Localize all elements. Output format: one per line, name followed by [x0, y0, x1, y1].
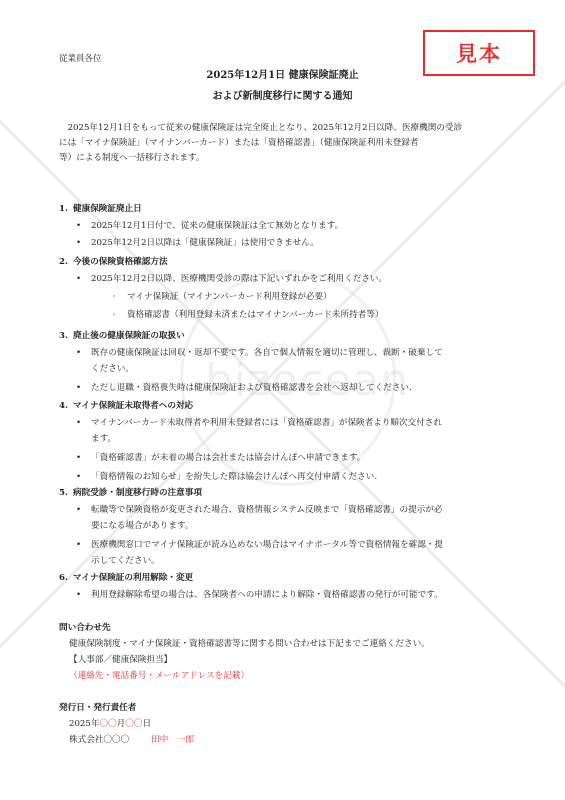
- section-2: 2.今後の保険資格確認方法 •2025年12月2日以降、医療機関受診の際は下記い…: [59, 254, 519, 324]
- section-heading: 2.今後の保険資格確認方法: [59, 254, 519, 271]
- section-title: 健康保険証廃止日: [73, 204, 142, 214]
- bullet-icon: •: [76, 345, 81, 361]
- bullet-item: •2025年12月2日以降は「健康保険証」は使用できません。: [59, 235, 519, 251]
- bullet-text-continued: ます。: [91, 434, 116, 444]
- contact-text: 健康保険制度・マイナ保険証・資格確認書等に関する問い合わせは下記までご連絡くださ…: [59, 636, 519, 652]
- issuer-line: 株式会社〇〇〇田中 一郎: [59, 732, 519, 748]
- section-1: 1.健康保険証廃止日 •2025年12月1日付で、従来の健康保険証は全て無効とな…: [59, 201, 519, 252]
- section-3: 3.廃止後の健康保険証の取扱い •既存の健康保険証は回収・返却不要です。各自で個…: [59, 328, 519, 397]
- issue-date-day: 〇〇: [125, 719, 142, 729]
- bullet-icon: •: [76, 537, 81, 553]
- bullet-text-continued: 示してください。: [91, 556, 160, 566]
- section-4: 4.マイナ保険証未取得者への対応 •マイナンバーカード未取得者や利用未登録者には…: [59, 398, 519, 486]
- bullet-icon: •: [76, 218, 81, 234]
- section-heading: 4.マイナ保険証未取得者への対応: [59, 398, 519, 415]
- section-number: 6.: [59, 570, 73, 587]
- bullet-text: 「資格情報のお知らせ」を紛失した際は協会けんぽへ再交付申請ください.: [91, 472, 377, 482]
- section-number: 2.: [59, 254, 73, 271]
- section-title: 今後の保険資格確認方法: [73, 257, 168, 267]
- issue-date-year: 2025年: [69, 719, 99, 729]
- bullet-text: 転職等で保険資格が変更された場合、資格情報システム反映まで「資格確認書」の提示が…: [91, 505, 443, 515]
- company-name: 株式会社〇〇〇: [69, 735, 129, 745]
- section-heading: 1.健康保険証廃止日: [59, 201, 519, 218]
- recipient: 従業員各位: [59, 52, 102, 64]
- bullet-text: 「資格確認書」が未着の場合は会社または協会けんぽへ申請できます。: [91, 453, 365, 463]
- bullet-item: •「資格情報のお知らせ」を紛失した際は協会けんぽへ再交付申請ください.: [59, 469, 519, 485]
- sub-bullet-icon: ◦: [112, 307, 116, 323]
- responsible-person: 田中 一郎: [151, 735, 194, 745]
- sub-bullet-text: マイナ保険証（マイナンバーカード利用登録が必要）: [127, 292, 332, 302]
- intro-paragraph: 2025年12月1日をもって従来の健康保険証は完全廃止となり、2025年12月2…: [59, 121, 509, 166]
- intro-line: には「マイナ保険証」（マイナンバーカード）または「資格確認書」（健康保険証利用未…: [59, 136, 509, 151]
- section-heading: 5.病院受診・制度移行時の注意事項: [59, 485, 519, 502]
- bullet-icon: •: [76, 450, 81, 466]
- section-number: 5.: [59, 485, 73, 502]
- bullet-item: •転職等で保険資格が変更された場合、資格情報システム反映まで「資格確認書」の提示…: [59, 502, 519, 534]
- contact-department: 【人事部／健康保険担当】: [59, 652, 519, 668]
- sub-bullet-item: ◦マイナ保険証（マイナンバーカード利用登録が必要）: [59, 289, 519, 305]
- bullet-item: •「資格確認書」が未着の場合は会社または協会けんぽへ申請できます。: [59, 450, 519, 466]
- section-number: 1.: [59, 201, 73, 218]
- section-6: 6.マイナ保険証の利用解除・変更 •利用登録解除希望の場合は、各保険者への申請に…: [59, 570, 519, 604]
- section-heading: 6.マイナ保険証の利用解除・変更: [59, 570, 519, 587]
- bullet-item: •既存の健康保険証は回収・返却不要です。各自で個人情報を適切に管理し、裁断・破棄…: [59, 345, 519, 377]
- section-title: 病院受診・制度移行時の注意事項: [73, 488, 202, 498]
- bullet-icon: •: [76, 415, 81, 431]
- intro-line: 等）による制度へ一括移行されます。: [59, 151, 509, 166]
- section-number: 3.: [59, 328, 73, 345]
- bullet-text: 既存の健康保険証は回収・返却不要です。各自で個人情報を適切に管理し、裁断・破棄し…: [91, 348, 443, 358]
- bullet-icon: •: [76, 380, 81, 396]
- document-title-line1: 2025年12月1日 健康保険証廃止: [0, 66, 565, 81]
- bullet-item: •ただし退職・資格喪失時は健康保険証および資格確認書を会社へ返却してください.: [59, 380, 519, 396]
- issuer-heading: 発行日・発行責任者: [59, 700, 519, 716]
- bullet-text: ただし退職・資格喪失時は健康保険証および資格確認書を会社へ返却してください.: [91, 383, 412, 393]
- sub-bullet-icon: ◦: [112, 289, 116, 305]
- sub-bullet-item: ◦資格確認書（利用登録未済またはマイナンバーカード未所持者等）: [59, 307, 519, 323]
- contact-heading: 問い合わせ先: [59, 620, 519, 636]
- bullet-item: •2025年12月1日付で、従来の健康保険証は全て無効となります。: [59, 218, 519, 234]
- contact-placeholder: （連絡先・電話番号・メールアドレスを記載）: [59, 668, 519, 684]
- bullet-text-continued: ください。: [91, 364, 134, 374]
- issue-date-month-unit: 月: [117, 719, 126, 729]
- bullet-text: 2025年12月2日以降は「健康保険証」は使用できません。: [91, 238, 319, 248]
- bullet-icon: •: [76, 235, 81, 251]
- bullet-icon: •: [76, 502, 81, 518]
- section-5: 5.病院受診・制度移行時の注意事項 •転職等で保険資格が変更された場合、資格情報…: [59, 485, 519, 570]
- issue-date: 2025年〇〇月〇〇日: [59, 716, 519, 732]
- section-heading: 3.廃止後の健康保険証の取扱い: [59, 328, 519, 345]
- document-title-line2: および新制度移行に関する通知: [0, 87, 565, 102]
- bullet-icon: •: [76, 271, 81, 287]
- bullet-icon: •: [76, 469, 81, 485]
- bullet-text: 2025年12月2日以降、医療機関受診の際は下記いずれかをご利用ください。: [91, 274, 387, 284]
- issue-date-month: 〇〇: [99, 719, 116, 729]
- bullet-item: •マイナンバーカード未取得者や利用未登録者には「資格確認書」が保険者より順次交付…: [59, 415, 519, 447]
- issue-date-day-unit: 日: [142, 719, 151, 729]
- contact-block: 問い合わせ先 健康保険制度・マイナ保険証・資格確認書等に関する問い合わせは下記ま…: [59, 620, 519, 684]
- bullet-text: マイナンバーカード未取得者や利用未登録者には「資格確認書」が保険者より順次交付さ…: [91, 418, 442, 428]
- issuer-block: 発行日・発行責任者 2025年〇〇月〇〇日 株式会社〇〇〇田中 一郎: [59, 700, 519, 748]
- bullet-icon: •: [76, 587, 81, 603]
- section-title: マイナ保険証の利用解除・変更: [73, 573, 193, 583]
- section-title: マイナ保険証未取得者への対応: [73, 401, 193, 411]
- sub-bullet-text: 資格確認書（利用登録未済またはマイナンバーカード未所持者等）: [127, 310, 383, 320]
- bullet-item: •医療機関窓口でマイナ保険証が読み込めない場合はマイナポータル等で資格情報を確認…: [59, 537, 519, 569]
- bullet-item: •2025年12月2日以降、医療機関受診の際は下記いずれかをご利用ください。: [59, 271, 519, 287]
- bullet-text: 医療機関窓口でマイナ保険証が読み込めない場合はマイナポータル等で資格情報を確認・…: [91, 540, 443, 550]
- intro-line: 2025年12月1日をもって従来の健康保険証は完全廃止となり、2025年12月2…: [59, 121, 509, 136]
- section-title: 廃止後の健康保険証の取扱い: [73, 331, 185, 341]
- section-number: 4.: [59, 398, 73, 415]
- bullet-text: 2025年12月1日付で、従来の健康保険証は全て無効となります。: [91, 221, 343, 231]
- bullet-text-continued: 要になる場合があります。: [91, 521, 193, 531]
- bullet-text: 利用登録解除希望の場合は、各保険者への申請により解除・資格確認書の発行が可能です…: [91, 590, 443, 600]
- bullet-item: •利用登録解除希望の場合は、各保険者への申請により解除・資格確認書の発行が可能で…: [59, 587, 519, 603]
